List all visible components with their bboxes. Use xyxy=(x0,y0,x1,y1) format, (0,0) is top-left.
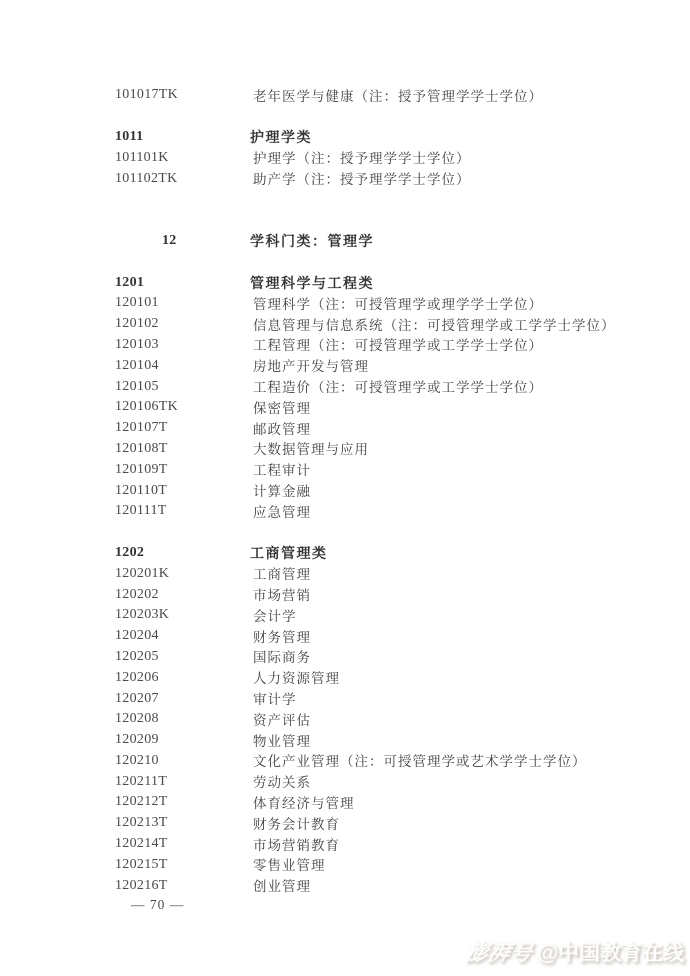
list-row: 120108T 大数据管理与应用 xyxy=(115,439,675,460)
major-name-cell: 工程审计 xyxy=(250,459,675,480)
list-row: 101101K 护理学（注：授予理学学士学位） xyxy=(115,147,675,168)
major-name-cell: 助产学（注：授予理学学士学位） xyxy=(250,168,675,189)
list-row: 120110T 计算金融 xyxy=(115,480,675,501)
major-name-cell: 体育经济与管理 xyxy=(250,792,675,813)
major-name-cell: 财务管理 xyxy=(250,626,675,647)
major-name: 保密管理 xyxy=(250,401,311,416)
major-code: 120110T xyxy=(115,483,250,499)
major-name: 体育经济与管理 xyxy=(250,796,355,811)
degree-note: （注：授予理学学士学位） xyxy=(297,151,471,166)
major-code: 101102TK xyxy=(115,171,250,187)
list-row: 120207 审计学 xyxy=(115,688,675,709)
major-code: 120213T xyxy=(115,815,250,831)
major-code: 120206 xyxy=(115,670,250,686)
major-code: 120204 xyxy=(115,628,250,644)
major-name: 审计学 xyxy=(250,692,297,707)
major-code: 1202 xyxy=(115,545,250,561)
major-name: 会计学 xyxy=(250,609,297,624)
major-name: 工商管理类 xyxy=(250,547,328,562)
list-row: 120209 物业管理 xyxy=(115,730,675,751)
major-code: 120215T xyxy=(115,857,250,873)
major-code: 120111T xyxy=(115,503,250,519)
list-row: 120202 市场营销 xyxy=(115,584,675,605)
major-name-cell: 学科门类：管理学 xyxy=(250,231,675,251)
list-row: 120111T 应急管理 xyxy=(115,501,675,522)
major-name-cell: 国际商务 xyxy=(250,646,675,667)
major-name: 老年医学与健康 xyxy=(250,89,355,104)
page-number: — 70 — xyxy=(131,897,690,913)
degree-note: （注：可授管理学或艺术学学士学位） xyxy=(340,754,587,769)
major-name-cell: 文化产业管理（注：可授管理学或艺术学学士学位） xyxy=(250,750,675,771)
major-name: 文化产业管理 xyxy=(250,754,340,769)
major-name: 应急管理 xyxy=(250,505,311,520)
major-name: 工程管理 xyxy=(250,338,311,353)
major-code: 120211T xyxy=(115,774,250,790)
list-row: 120216T 创业管理 xyxy=(115,875,675,896)
major-name-cell: 物业管理 xyxy=(250,730,675,751)
major-code: 101101K xyxy=(115,150,250,166)
major-code: 101017TK xyxy=(115,87,250,103)
major-name: 人力资源管理 xyxy=(250,671,340,686)
major-name-cell: 护理学（注：授予理学学士学位） xyxy=(250,147,675,168)
major-name-cell: 信息管理与信息系统（注：可授管理学或工学学士学位） xyxy=(250,314,675,335)
watermark-brand-logo: 澎湃号 xyxy=(463,937,536,967)
list-row: 120204 财务管理 xyxy=(115,626,675,647)
major-code: 120104 xyxy=(115,358,250,374)
major-name: 信息管理与信息系统 xyxy=(250,318,384,333)
major-code: 120102 xyxy=(115,316,250,332)
degree-note: （注：授予理学学士学位） xyxy=(297,172,471,187)
major-name: 工商管理 xyxy=(250,567,311,582)
list-row: 120203K 会计学 xyxy=(115,605,675,626)
list-row: 101102TK 助产学（注：授予理学学士学位） xyxy=(115,168,675,189)
list-row: 120102 信息管理与信息系统（注：可授管理学或工学学士学位） xyxy=(115,314,675,335)
major-name-cell: 劳动关系 xyxy=(250,771,675,792)
major-code: 120216T xyxy=(115,878,250,894)
list-row: 1202 工商管理类 xyxy=(115,543,675,564)
list-row: 1201 管理科学与工程类 xyxy=(115,272,675,293)
major-code: 120214T xyxy=(115,836,250,852)
major-code: 1011 xyxy=(115,129,250,145)
list-row: 120101 管理科学（注：可授管理学或理学学士学位） xyxy=(115,293,675,314)
watermark-account-name: @中国教育在线 xyxy=(538,942,684,965)
major-name-cell: 管理科学（注：可授管理学或理学学士学位） xyxy=(250,293,675,314)
major-name: 护理学类 xyxy=(250,131,312,146)
major-name-cell: 老年医学与健康（注：授予管理学学士学位） xyxy=(250,85,675,106)
major-name: 助产学 xyxy=(250,172,297,187)
major-code: 120107T xyxy=(115,420,250,436)
major-code: 120103 xyxy=(115,337,250,353)
major-name: 邮政管理 xyxy=(250,422,311,437)
major-code: 120207 xyxy=(115,691,250,707)
major-name-cell: 计算金融 xyxy=(250,480,675,501)
major-code: 120108T xyxy=(115,441,250,457)
major-code: 120202 xyxy=(115,587,250,603)
list-row: 120210 文化产业管理（注：可授管理学或艺术学学士学位） xyxy=(115,751,675,772)
degree-note: （注：可授管理学或工学学士学位） xyxy=(311,338,543,353)
major-name-cell: 工程管理（注：可授管理学或工学学士学位） xyxy=(250,334,675,355)
major-code: 120101 xyxy=(115,295,250,311)
list-row: 120107T 邮政管理 xyxy=(115,418,675,439)
major-name-cell: 应急管理 xyxy=(250,501,675,522)
major-name-cell: 大数据管理与应用 xyxy=(250,438,675,459)
list-row: 1011 护理学类 xyxy=(115,127,675,148)
major-name: 大数据管理与应用 xyxy=(250,442,369,457)
major-name: 护理学 xyxy=(250,151,297,166)
major-code: 12 xyxy=(115,233,250,249)
major-code: 120201K xyxy=(115,566,250,582)
major-name-cell: 护理学类 xyxy=(250,127,675,147)
document-page: 101017TK 老年医学与健康（注：授予管理学学士学位） 1011 护理学类 … xyxy=(0,0,690,976)
major-name-cell: 创业管理 xyxy=(250,875,675,896)
list-row: 120206 人力资源管理 xyxy=(115,667,675,688)
major-name-cell: 市场营销 xyxy=(250,584,675,605)
degree-note: （注：可授管理学或工学学士学位） xyxy=(311,380,543,395)
major-code: 120105 xyxy=(115,379,250,395)
major-name: 管理科学 xyxy=(250,297,311,312)
list-row: 120109T 工程审计 xyxy=(115,459,675,480)
list-row: 120208 资产评估 xyxy=(115,709,675,730)
list-row: 120205 国际商务 xyxy=(115,647,675,668)
list-row: 120214T 市场营销教育 xyxy=(115,834,675,855)
major-name-cell: 人力资源管理 xyxy=(250,667,675,688)
list-row: 120211T 劳动关系 xyxy=(115,771,675,792)
major-name: 劳动关系 xyxy=(250,775,311,790)
major-name: 物业管理 xyxy=(250,734,311,749)
major-name-cell: 管理科学与工程类 xyxy=(250,273,675,293)
major-name: 房地产开发与管理 xyxy=(250,359,369,374)
major-name: 创业管理 xyxy=(250,879,311,894)
list-row: 12 学科门类：管理学 xyxy=(115,231,675,252)
major-code: 120106TK xyxy=(115,399,250,415)
major-code: 120203K xyxy=(115,607,250,623)
major-name-cell: 零售业管理 xyxy=(250,854,675,875)
major-name-cell: 邮政管理 xyxy=(250,418,675,439)
list-row: 101017TK 老年医学与健康（注：授予管理学学士学位） xyxy=(115,85,675,106)
major-code: 120210 xyxy=(115,753,250,769)
list-row: 120106TK 保密管理 xyxy=(115,397,675,418)
major-code: 1201 xyxy=(115,275,250,291)
major-code: 120208 xyxy=(115,711,250,727)
major-name-cell: 保密管理 xyxy=(250,397,675,418)
major-name: 零售业管理 xyxy=(250,858,326,873)
major-name-cell: 工商管理类 xyxy=(250,543,675,563)
major-name: 计算金融 xyxy=(250,484,311,499)
major-name: 市场营销 xyxy=(250,588,311,603)
major-name: 财务管理 xyxy=(250,630,311,645)
major-name: 资产评估 xyxy=(250,713,311,728)
major-name-cell: 财务会计教育 xyxy=(250,813,675,834)
major-name: 财务会计教育 xyxy=(250,817,340,832)
major-code: 120205 xyxy=(115,649,250,665)
major-name-cell: 工商管理 xyxy=(250,563,675,584)
degree-note: （注：可授管理学或理学学士学位） xyxy=(311,297,543,312)
degree-note: （注：可授管理学或工学学士学位） xyxy=(384,318,616,333)
list-row: 120212T 体育经济与管理 xyxy=(115,792,675,813)
major-code: 120212T xyxy=(115,794,250,810)
major-name-cell: 审计学 xyxy=(250,688,675,709)
major-name-cell: 工程造价（注：可授管理学或工学学士学位） xyxy=(250,376,675,397)
major-name: 管理科学与工程类 xyxy=(250,277,374,292)
major-name: 市场营销教育 xyxy=(250,838,340,853)
major-name: 工程审计 xyxy=(250,463,311,478)
major-code: 120209 xyxy=(115,732,250,748)
major-code: 120109T xyxy=(115,462,250,478)
list-row: 120215T 零售业管理 xyxy=(115,854,675,875)
major-name-cell: 会计学 xyxy=(250,605,675,626)
watermark: 澎湃号@中国教育在线 xyxy=(467,937,684,967)
major-name-cell: 市场营销教育 xyxy=(250,834,675,855)
degree-note: （注：授予管理学学士学位） xyxy=(355,89,544,104)
major-name: 学科门类：管理学 xyxy=(250,235,374,250)
list-row: 120213T 财务会计教育 xyxy=(115,813,675,834)
major-name-cell: 资产评估 xyxy=(250,709,675,730)
list-row: 120201K 工商管理 xyxy=(115,563,675,584)
major-name-cell: 房地产开发与管理 xyxy=(250,355,675,376)
list-row: 120103 工程管理（注：可授管理学或工学学士学位） xyxy=(115,335,675,356)
major-name: 工程造价 xyxy=(250,380,311,395)
list-row: 120104 房地产开发与管理 xyxy=(115,355,675,376)
major-code-list: 101017TK 老年医学与健康（注：授予管理学学士学位） 1011 护理学类 … xyxy=(115,85,675,896)
list-row: 120105 工程造价（注：可授管理学或工学学士学位） xyxy=(115,376,675,397)
major-name: 国际商务 xyxy=(250,650,311,665)
